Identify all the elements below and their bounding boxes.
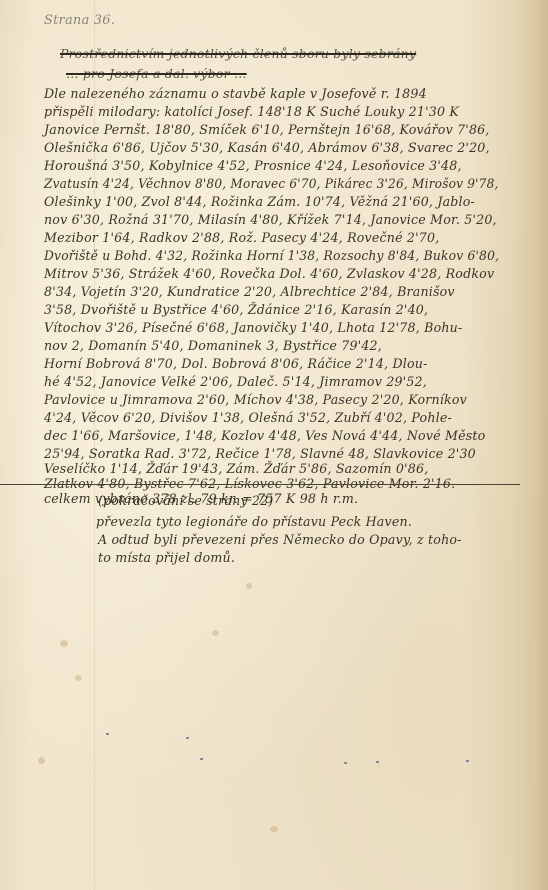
ink-speck <box>344 762 347 764</box>
body-line: Olešinky 1'00, Zvol 8'44, Rožinka Zám. 1… <box>44 194 475 209</box>
body-line: 4'24, Věcov 6'20, Divišov 1'38, Olešná 3… <box>44 410 452 425</box>
body-line: Mezibor 1'64, Radkov 2'88, Rož. Pasecy 4… <box>44 230 439 245</box>
paper-stain <box>246 583 252 589</box>
body-line: dec 1'66, Maršovice, 1'48, Kozlov 4'48, … <box>44 428 485 443</box>
continuation-heading: (pokračování se strany 22) <box>98 493 273 508</box>
ink-speck <box>106 733 109 735</box>
body-line: 3'58, Dvořiště u Bystřice 4'60, Ždánice … <box>44 302 428 317</box>
body-line: Horní Bobrová 8'70, Dol. Bobrová 8'06, R… <box>44 356 428 371</box>
body-line: Vítochov 3'26, Písečné 6'68, Janovičky 1… <box>44 320 462 335</box>
paper-stain <box>212 630 219 636</box>
body-line: nov 6'30, Rožná 31'70, Milasín 4'80, Kří… <box>44 212 497 227</box>
ink-speck <box>186 737 189 739</box>
continuation-line: to místa přijel domů. <box>98 550 235 565</box>
paper-stain <box>60 640 68 647</box>
body-line: přispěli milodary: katolíci Josef. 148'1… <box>44 104 459 119</box>
paper-stain <box>75 675 82 681</box>
body-line: 8'34, Vojetín 3'20, Kundratice 2'20, Alb… <box>44 284 455 299</box>
continuation-line: A odtud byli převezeni přes Německo do O… <box>98 532 462 547</box>
body-line: Zvatusín 4'24, Věchnov 8'80, Moravec 6'7… <box>44 176 499 191</box>
body-line: Dvořiště u Bohd. 4'32, Rožinka Horní 1'3… <box>44 248 499 263</box>
struck-heading-line-1: Prostřednictvím jednotlivých členů sboru… <box>60 46 416 61</box>
ink-speck <box>376 761 379 763</box>
manuscript-page: Strana 36. Prostřednictvím jednotlivých … <box>0 0 548 890</box>
body-line: hé 4'52, Janovice Velké 2'06, Daleč. 5'1… <box>44 374 427 389</box>
page-number-label: Strana 36. <box>44 13 115 28</box>
paper-stain <box>38 757 45 764</box>
paper-stain <box>270 826 278 832</box>
page-edge-shadow <box>514 0 548 890</box>
ink-speck <box>466 760 469 762</box>
body-line: Mitrov 5'36, Strážek 4'60, Rovečka Dol. … <box>44 266 494 281</box>
section-divider-rule <box>0 484 520 485</box>
body-line: Olešnička 6'86, Ujčov 5'30, Kasán 6'40, … <box>44 140 490 155</box>
struck-heading-line-2: … pro Josefa a dal. výbor … <box>66 66 247 81</box>
body-line: 25'94, Soratka Rad. 3'72, Rečice 1'78, S… <box>44 446 476 461</box>
body-line: Janovice Pernšt. 18'80, Smíček 6'10, Per… <box>44 122 490 137</box>
body-line: Veselíčko 1'14, Žďár 19'43, Zám. Žďár 5'… <box>44 461 428 476</box>
body-line: Pavlovice u Jimramova 2'60, Míchov 4'38,… <box>44 392 467 407</box>
ink-speck <box>200 758 203 760</box>
continuation-line: převezla tyto legionáře do přístavu Peck… <box>96 514 412 529</box>
body-line: nov 2, Domanín 5'40, Domaninek 3, Bystři… <box>44 338 382 353</box>
body-line: Dle nalezeného záznamu o stavbě kaple v … <box>44 86 427 101</box>
body-line: Horoušná 3'50, Kobylnice 4'52, Prosnice … <box>44 158 462 173</box>
